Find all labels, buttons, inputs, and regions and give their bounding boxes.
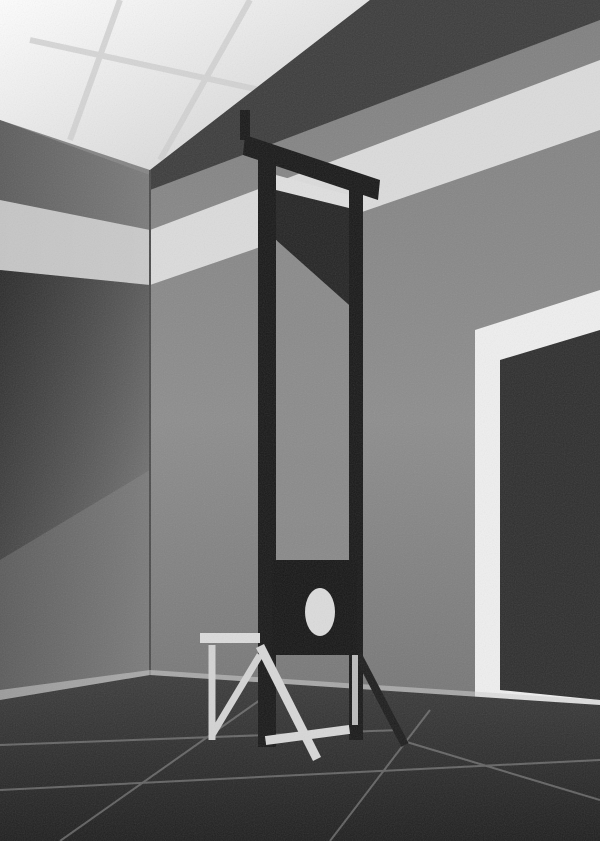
guillotine-drawing	[0, 0, 600, 841]
artwork: Charcoal drawing of a guillotine standin…	[0, 0, 600, 841]
